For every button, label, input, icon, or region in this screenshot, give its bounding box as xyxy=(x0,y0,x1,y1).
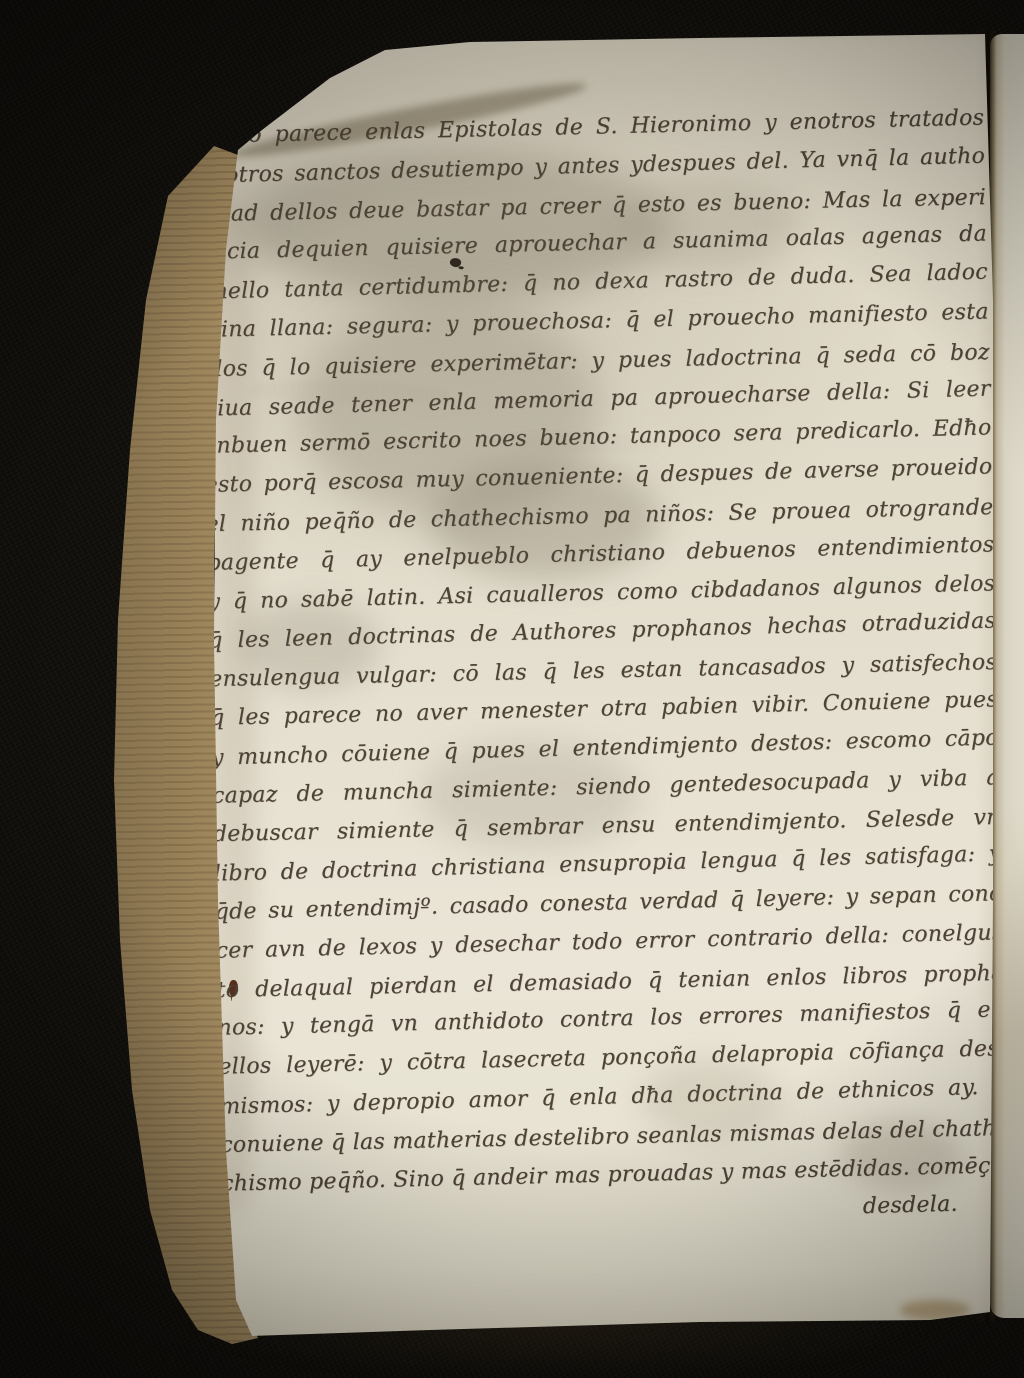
manuscript-photo: ( Como parece enlas Epistolas de S. Hier… xyxy=(0,0,1024,1378)
handwritten-text-block: ( Como parece enlas Epistolas de S. Hier… xyxy=(196,99,1010,1242)
